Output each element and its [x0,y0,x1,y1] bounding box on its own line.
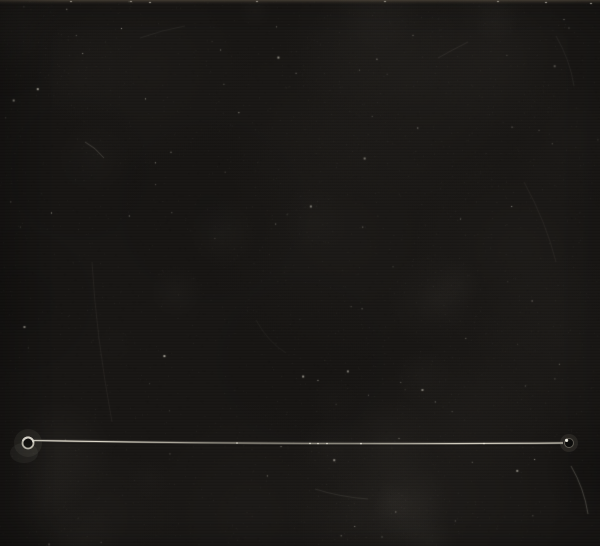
wire-glint [317,443,319,445]
wire-glint [236,442,238,444]
wire-graphic [0,0,600,546]
right-bead-glint [566,439,567,440]
wire-glint [483,443,485,445]
photo-black-surface [0,0,600,546]
wire-glint [309,443,311,445]
wire-glint [326,443,328,445]
wire-glint [360,443,362,445]
